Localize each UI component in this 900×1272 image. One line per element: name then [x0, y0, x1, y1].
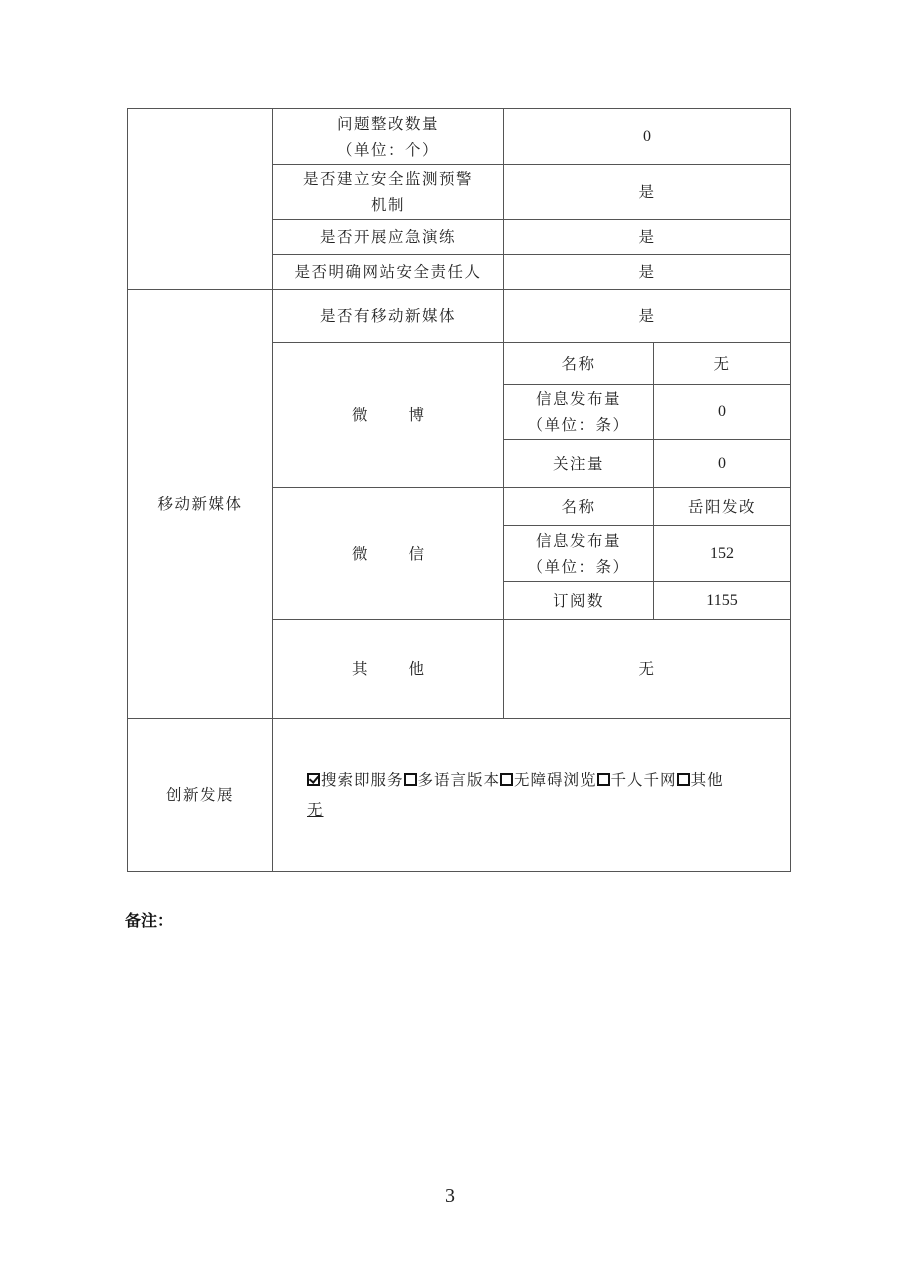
option-other[interactable]: 其他: [677, 771, 724, 789]
section-label-security: [128, 109, 273, 290]
page-number: 3: [0, 1185, 900, 1208]
option-accessibility[interactable]: 无障碍浏览: [500, 771, 597, 789]
option-personalized[interactable]: 千人千网: [597, 771, 677, 789]
wechat-label: 微 信: [273, 488, 504, 620]
row-value: 是: [504, 255, 791, 290]
wechat-subscribers-value: 1155: [654, 582, 791, 620]
weibo-followers-value: 0: [654, 440, 791, 488]
row-value: 0: [504, 109, 791, 165]
innovation-options: 搜索即服务多语言版本无障碍浏览千人千网其他无: [273, 719, 791, 872]
other-media-label: 其 他: [273, 620, 504, 719]
other-media-value: 无: [504, 620, 791, 719]
row-value: 是: [504, 165, 791, 220]
document-page: 问题整改数量 （单位：个） 0 是否建立安全监测预警 机制 是 是否开展应急演练…: [0, 0, 900, 1272]
row-label: 是否建立安全监测预警 机制: [273, 165, 504, 220]
weibo-followers-label: 关注量: [504, 440, 654, 488]
checkbox-empty-icon[interactable]: [597, 773, 610, 786]
wechat-subscribers-label: 订阅数: [504, 582, 654, 620]
innovation-other-value: 无: [307, 801, 324, 819]
table-row: 问题整改数量 （单位：个） 0: [128, 109, 791, 165]
checkbox-empty-icon[interactable]: [500, 773, 513, 786]
wechat-posts-value: 152: [654, 526, 791, 582]
weibo-posts-label: 信息发布量 （单位：条）: [504, 385, 654, 440]
remarks-label: 备注：: [125, 908, 173, 931]
row-value: 是: [504, 290, 791, 343]
wechat-name-value: 岳阳发改: [654, 488, 791, 526]
table-row: 移动新媒体 是否有移动新媒体 是: [128, 290, 791, 343]
wechat-posts-label: 信息发布量 （单位：条）: [504, 526, 654, 582]
option-multilingual[interactable]: 多语言版本: [404, 771, 501, 789]
section-label-innovation: 创新发展: [128, 719, 273, 872]
checkbox-checked-icon[interactable]: [307, 773, 320, 786]
weibo-posts-value: 0: [654, 385, 791, 440]
row-label: 问题整改数量 （单位：个）: [273, 109, 504, 165]
weibo-name-label: 名称: [504, 343, 654, 385]
row-value: 是: [504, 220, 791, 255]
section-label-mobile-media: 移动新媒体: [128, 290, 273, 719]
row-label: 是否明确网站安全责任人: [273, 255, 504, 290]
weibo-label: 微 博: [273, 343, 504, 488]
checkbox-empty-icon[interactable]: [404, 773, 417, 786]
report-table: 问题整改数量 （单位：个） 0 是否建立安全监测预警 机制 是 是否开展应急演练…: [127, 108, 791, 872]
row-label: 是否开展应急演练: [273, 220, 504, 255]
checkbox-empty-icon[interactable]: [677, 773, 690, 786]
row-label: 是否有移动新媒体: [273, 290, 504, 343]
wechat-name-label: 名称: [504, 488, 654, 526]
table-row: 创新发展 搜索即服务多语言版本无障碍浏览千人千网其他无: [128, 719, 791, 872]
weibo-name-value: 无: [654, 343, 791, 385]
option-search-as-service[interactable]: 搜索即服务: [307, 771, 404, 789]
